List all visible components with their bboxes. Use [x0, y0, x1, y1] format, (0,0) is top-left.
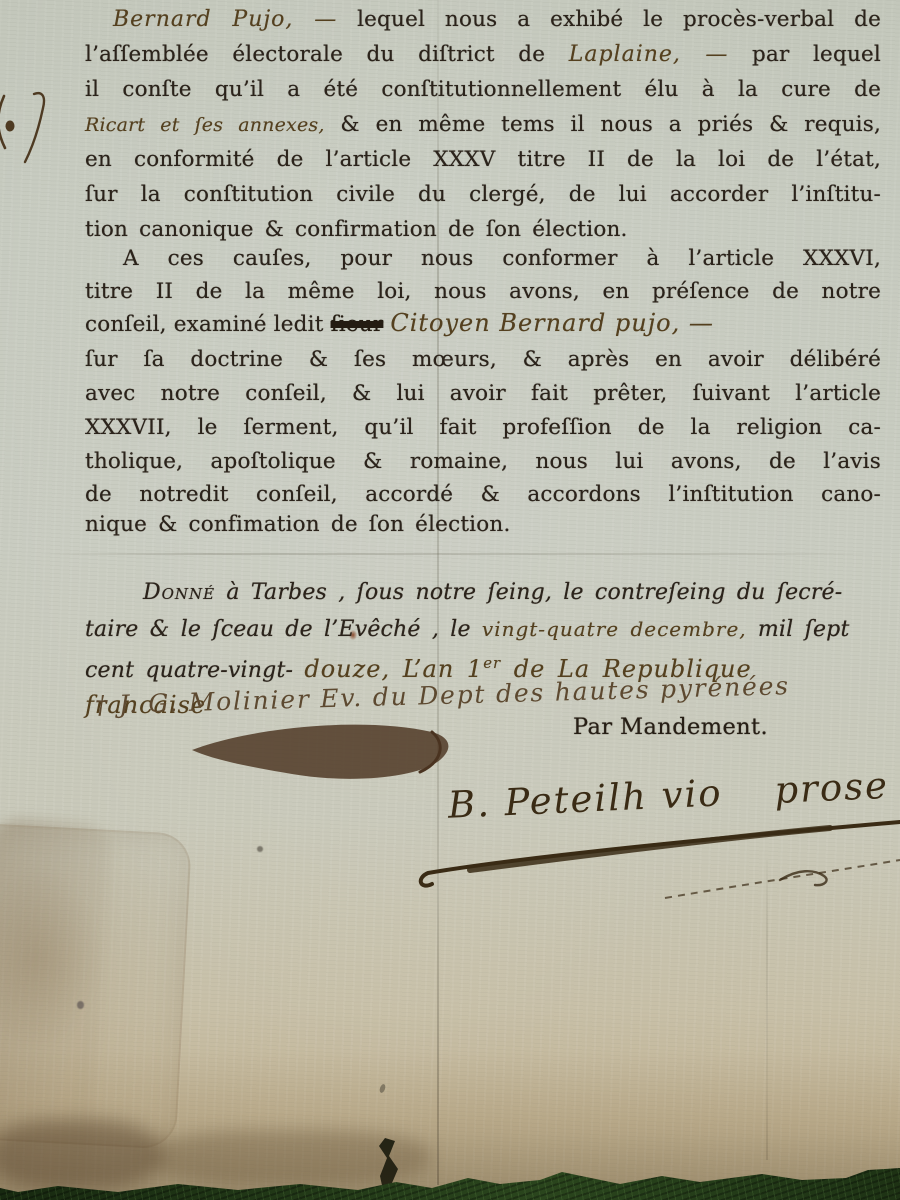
paper-sheet: Bernard Pujo, — lequel nous a exhibé le …: [0, 0, 900, 1200]
text-line: XXXVII, le ſerment, qu’il fait profeſſio…: [85, 410, 881, 446]
printed-text: A ces cauſes, pour nous conformer à l’ar…: [123, 246, 881, 271]
text-line: l’aſſemblée électorale du diſtrict de La…: [85, 37, 881, 73]
handwritten-insert: Bernard Pujo, —: [113, 7, 337, 32]
text-line: ſur ſa doctrine & ſes mœurs, & après en …: [85, 342, 881, 378]
printed-text: à Tarbes , ſous notre ſeing, le contreſe…: [226, 580, 842, 605]
table-felt-background: Bernard Pujo, — lequel nous a exhibé le …: [0, 0, 900, 1200]
text-line: Bernard Pujo, — lequel nous a exhibé le …: [85, 2, 881, 38]
signature-flourish: [180, 710, 470, 788]
text-line: A ces cauſes, pour nous conformer à l’ar…: [85, 241, 881, 277]
text-line: avec notre conſeil, & lui avoir fait prê…: [85, 376, 881, 412]
par-mandement-label: Par Mandement.: [573, 714, 783, 740]
handwritten-superscript: er: [483, 654, 501, 672]
margin-annotation-mark: [0, 86, 64, 166]
printed-text: conſeil, examiné ledit: [85, 312, 324, 337]
text-line: en conformité de l’article XXXV titre II…: [85, 142, 881, 178]
printed-text: en conformité de l’article XXXV titre II…: [85, 147, 881, 172]
printed-text: avec notre conſeil, & lui avoir fait prê…: [85, 381, 881, 406]
printed-text: tholique, apoſtolique & romaine, nous lu…: [85, 449, 881, 474]
text-line: nique & confimation de ſon élection.: [85, 507, 881, 543]
handwritten-insert: Citoyen Bernard pujo, —: [390, 309, 714, 337]
text-line: Donné à Tarbes , ſous notre ſeing, le co…: [85, 575, 881, 611]
printed-text: nique & confimation de ſon élection.: [85, 512, 511, 537]
printed-text: taire & le ſceau de l’Evêché , le: [85, 617, 471, 642]
text-line: tholique, apoſtolique & romaine, nous lu…: [85, 444, 881, 480]
secretary-signature-title: prose: [773, 764, 889, 812]
handwritten-date-part: douze, L’an 1: [304, 655, 483, 683]
text-line: Ricart et ſes annexes, & en même tems il…: [85, 107, 881, 143]
fold-crease-horizontal: [40, 553, 880, 555]
signature-underline-flourish: [80, 816, 900, 921]
printed-text: ſur la conſtitution civile du clergé, de…: [85, 182, 881, 207]
text-line: il conſte qu’il a été conſtitutionnellem…: [85, 72, 881, 108]
signature-gap: [723, 803, 775, 805]
printed-text: de notredit conſeil, accordé & accordons…: [85, 482, 881, 507]
printed-text: ſur ſa doctrine & ſes mœurs, & après en …: [85, 347, 881, 372]
printed-text: tion canonique & confirmation de ſon éle…: [85, 217, 628, 242]
text-line: titre II de la même loi, nous avons, en …: [85, 274, 881, 310]
text-line: taire & le ſceau de l’Evêché , le vingt-…: [85, 612, 881, 648]
printed-text: titre II de la même loi, nous avons, en …: [85, 279, 881, 304]
handwritten-insert: Laplaine, —: [569, 42, 729, 67]
printed-text: lequel nous a exhibé le procès-verbal de: [357, 7, 881, 32]
printed-smallcaps: Donné: [143, 580, 215, 605]
printed-text: par lequel: [752, 42, 881, 67]
printed-text: XXXVII, le ſerment, qu’il fait profeſſio…: [85, 415, 881, 440]
printed-text: l’aſſemblée électorale du diſtrict de: [85, 42, 545, 67]
ink-speck: [379, 1083, 387, 1093]
text-line: ſur la conſtitution civile du clergé, de…: [85, 177, 881, 213]
struck-out-word: ſieur: [331, 312, 384, 337]
printed-text: & en même tems il nous a priés & requis,: [340, 112, 881, 137]
printed-text: cent quatre-vingt-: [85, 658, 293, 683]
handwritten-date: vingt-quatre decembre,: [482, 617, 747, 641]
printed-text: mil ſept: [758, 617, 850, 642]
paper-tear: [378, 1138, 406, 1198]
text-line: conſeil, examiné ledit ſieur Citoyen Ber…: [85, 306, 881, 342]
handwritten-insert: Ricart et ſes annexes,: [85, 114, 325, 136]
printed-text: il conſte qu’il a été conſtitutionnellem…: [85, 77, 881, 102]
